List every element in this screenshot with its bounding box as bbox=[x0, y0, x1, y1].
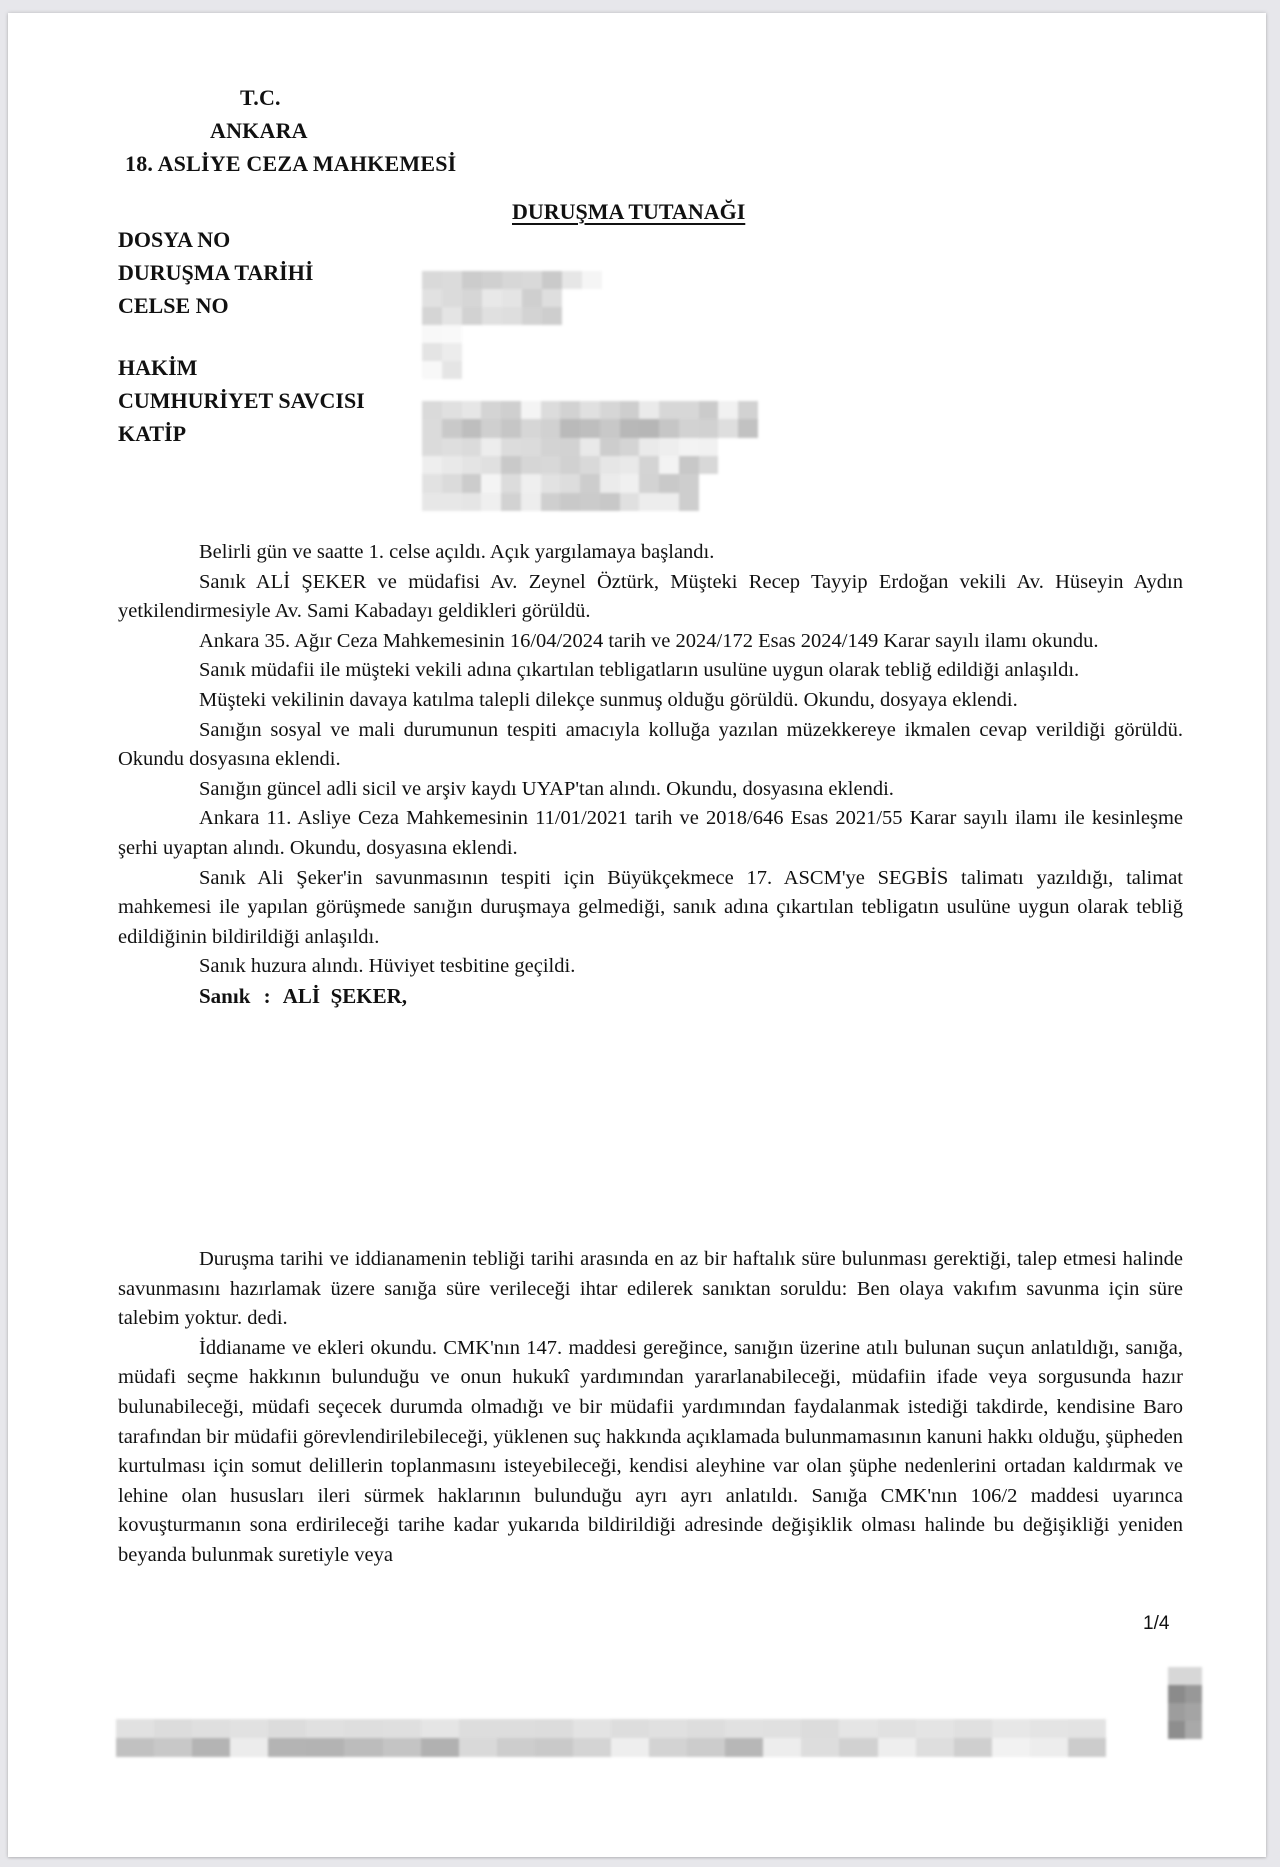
field-label-savci: CUMHURİYET SAVCISI bbox=[118, 388, 365, 414]
redacted-case-fields bbox=[422, 271, 602, 379]
paragraph: Sanığın sosyal ve mali durumunun tespiti… bbox=[118, 716, 1183, 775]
paragraph: Belirli gün ve saatte 1. celse açıldı. A… bbox=[118, 538, 1183, 568]
paragraph: Sanık Ali Şeker'in savunmasının tespiti … bbox=[118, 864, 1183, 953]
paragraph: Sanığın güncel adli sicil ve arşiv kaydı… bbox=[118, 775, 1183, 805]
defendant-label: Sanık bbox=[199, 984, 250, 1008]
body-part-2: Duruşma tarihi ve iddianamenin tebliği t… bbox=[118, 1245, 1183, 1571]
paragraph: Ankara 11. Asliye Ceza Mahkemesinin 11/0… bbox=[118, 804, 1183, 863]
redacted-qr-code bbox=[1168, 1667, 1202, 1739]
field-label-katip: KATİP bbox=[118, 421, 186, 447]
paragraph: Müşteki vekilinin davaya katılma talepli… bbox=[118, 686, 1183, 716]
field-label-hakim: HAKİM bbox=[118, 355, 197, 381]
header-city: ANKARA bbox=[210, 118, 308, 144]
paragraph: İddianame ve ekleri okundu. CMK'nın 147.… bbox=[118, 1334, 1183, 1571]
document-title: DURUŞMA TUTANAĞI bbox=[512, 199, 745, 225]
field-label-celse-no: CELSE NO bbox=[118, 293, 229, 319]
field-label-dosya-no: DOSYA NO bbox=[118, 227, 230, 253]
redacted-officials bbox=[422, 401, 758, 511]
field-label-durusma-tarihi: DURUŞMA TARİHİ bbox=[118, 260, 313, 286]
defendant-line: Sanık : ALİ ŞEKER, bbox=[118, 982, 1183, 1012]
paragraph: Sanık ALİ ŞEKER ve müdafisi Av. Zeynel Ö… bbox=[118, 568, 1183, 627]
body-part-1: Belirli gün ve saatte 1. celse açıldı. A… bbox=[118, 538, 1183, 1012]
defendant-separator: : bbox=[264, 984, 271, 1008]
defendant-name: ALİ ŞEKER, bbox=[283, 984, 407, 1008]
paragraph: Sanık huzura alındı. Hüviyet tesbitine g… bbox=[118, 952, 1183, 982]
page-number: 1/4 bbox=[1143, 1613, 1169, 1635]
paragraph: Sanık müdafii ile müşteki vekili adına ç… bbox=[118, 656, 1183, 686]
document-page: T.C. ANKARA 18. ASLİYE CEZA MAHKEMESİ DU… bbox=[8, 13, 1266, 1857]
paragraph: Ankara 35. Ağır Ceza Mahkemesinin 16/04/… bbox=[118, 627, 1183, 657]
header-tc: T.C. bbox=[240, 85, 281, 111]
paragraph: Duruşma tarihi ve iddianamenin tebliği t… bbox=[118, 1245, 1183, 1334]
redacted-footer-signature bbox=[116, 1719, 1106, 1757]
header-court: 18. ASLİYE CEZA MAHKEMESİ bbox=[125, 151, 456, 177]
